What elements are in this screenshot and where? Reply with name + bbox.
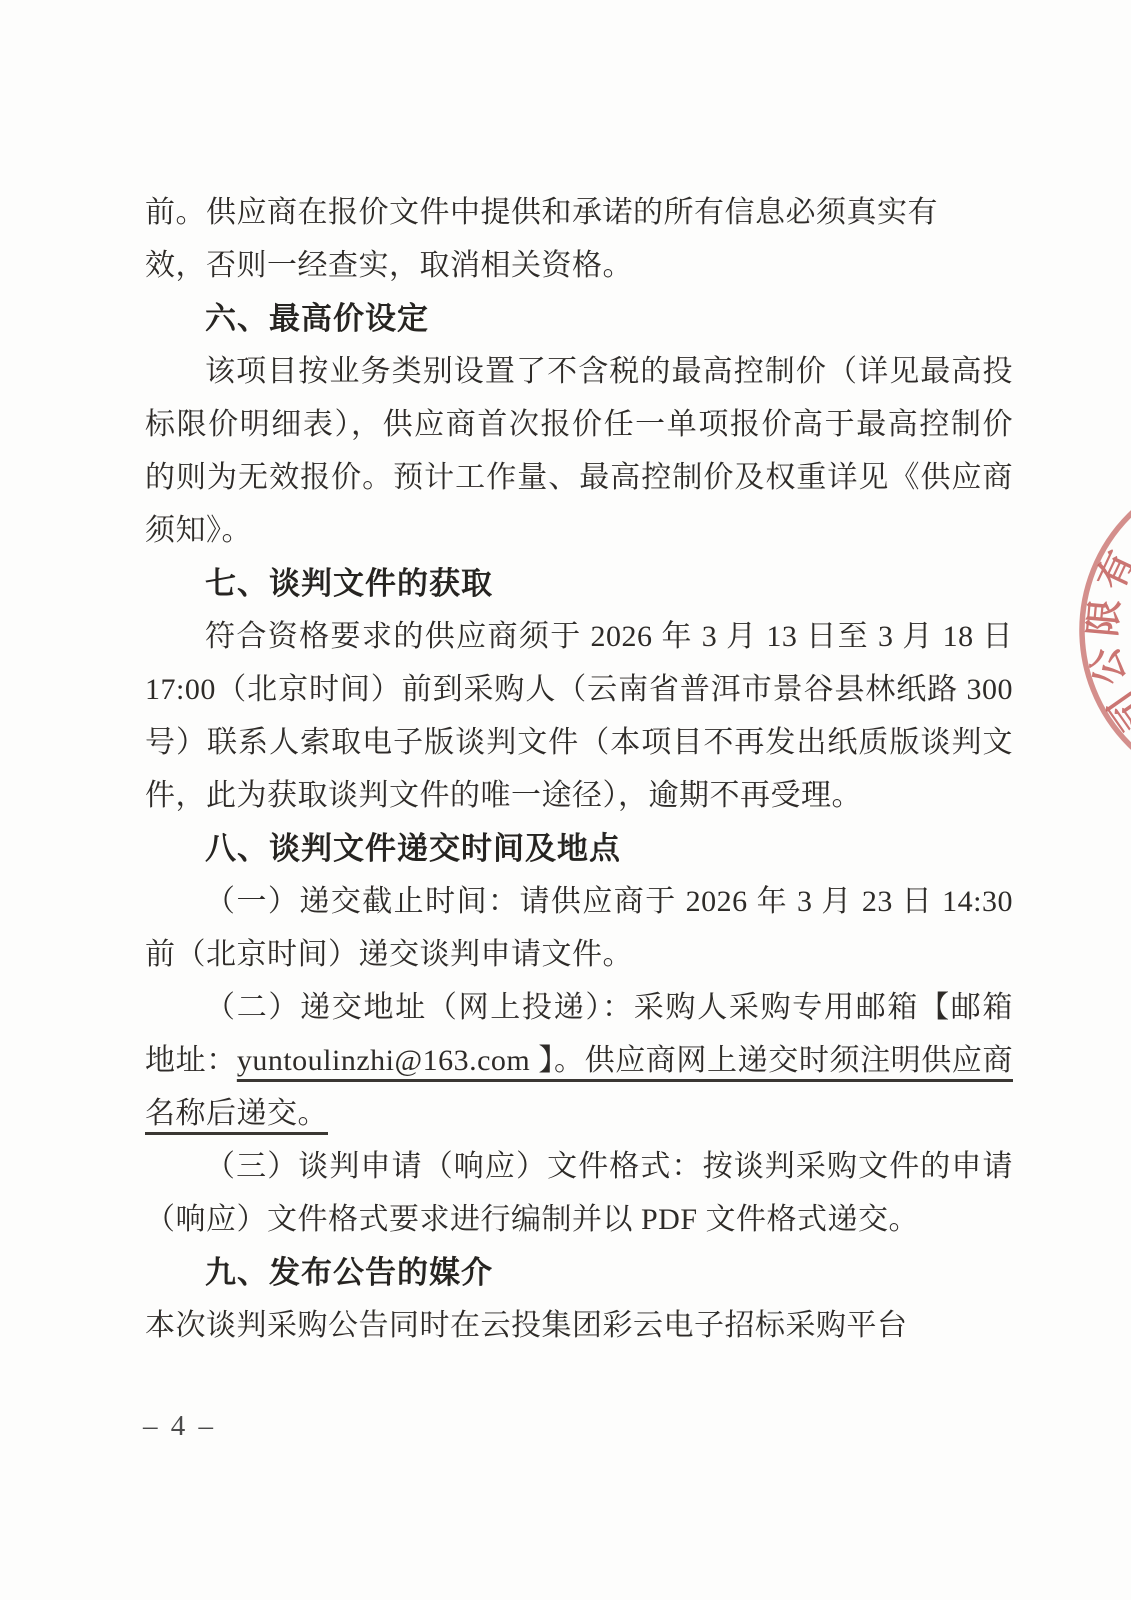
document-page: 前。供应商在报价文件中提供和承诺的所有信息必须真实有效，否则一经查实，取消相关资…	[0, 0, 1131, 1600]
seal-ring	[1082, 468, 1131, 792]
section-heading: 七、谈判文件的获取	[145, 557, 1013, 610]
text-line: 号）联系人索取电子版谈判文件（本项目不再发出纸质版谈判文	[145, 716, 1013, 769]
text-line: 地址：yuntoulinzhi@163.com 】。供应商网上递交时须注明供应商	[145, 1034, 1013, 1087]
section-heading: 六、最高价设定	[145, 292, 1013, 345]
seal-char: 有	[1090, 545, 1131, 596]
text-line: 件，此为获取谈判文件的唯一途径），逾期不再受理。	[145, 769, 1013, 822]
text-line: 符合资格要求的供应商须于 2026 年 3 月 13 日至 3 月 18 日	[145, 610, 1013, 663]
underlined-text: yuntoulinzhi@163.com 】。供应商网上递交时须注明供应商	[237, 1044, 1013, 1077]
text-line: 该项目按业务类别设置了不含税的最高控制价（详见最高投	[145, 345, 1013, 398]
text-line: 的则为无效报价。预计工作量、最高控制价及权重详见《供应商	[145, 451, 1013, 504]
text-line: 前。供应商在报价文件中提供和承诺的所有信息必须真实有	[145, 186, 1013, 239]
section-heading: 八、谈判文件递交时间及地点	[145, 822, 1013, 875]
text-line: 名称后递交。	[145, 1087, 1013, 1140]
seal-char: 限	[1082, 598, 1127, 639]
text-line: 效，否则一经查实，取消相关资格。	[145, 239, 1013, 292]
text-line: （二）递交地址（网上投递）：采购人采购专用邮箱【邮箱	[145, 981, 1013, 1034]
text-line: 须知》。	[145, 504, 1013, 557]
text-line: 本次谈判采购公告同时在云投集团彩云电子招标采购平台	[145, 1299, 1013, 1352]
text-line: 17:00（北京时间）前到采购人（云南省普洱市景谷县林纸路 300	[145, 663, 1013, 716]
underlined-text: 名称后递交。	[145, 1097, 328, 1130]
text-line: （一）递交截止时间：请供应商于 2026 年 3 月 23 日 14:30	[145, 875, 1013, 928]
text-segment: 地址：	[145, 1044, 237, 1077]
document-body: 前。供应商在报价文件中提供和承诺的所有信息必须真实有效，否则一经查实，取消相关资…	[145, 186, 1013, 1352]
text-line: （三）谈判申请（响应）文件格式：按谈判采购文件的申请	[145, 1140, 1013, 1193]
text-line: 标限价明细表），供应商首次报价任一单项报价高于最高控制价	[145, 398, 1013, 451]
text-line: 前（北京时间）递交谈判申请文件。	[145, 928, 1013, 981]
page-number: – 4 –	[143, 1410, 216, 1443]
seal-char: 司	[1101, 683, 1131, 737]
text-line: （响应）文件格式要求进行编制并以 PDF 文件格式递交。	[145, 1193, 1013, 1246]
seal-char: 公	[1084, 643, 1131, 689]
section-heading: 九、发布公告的媒介	[145, 1246, 1013, 1299]
